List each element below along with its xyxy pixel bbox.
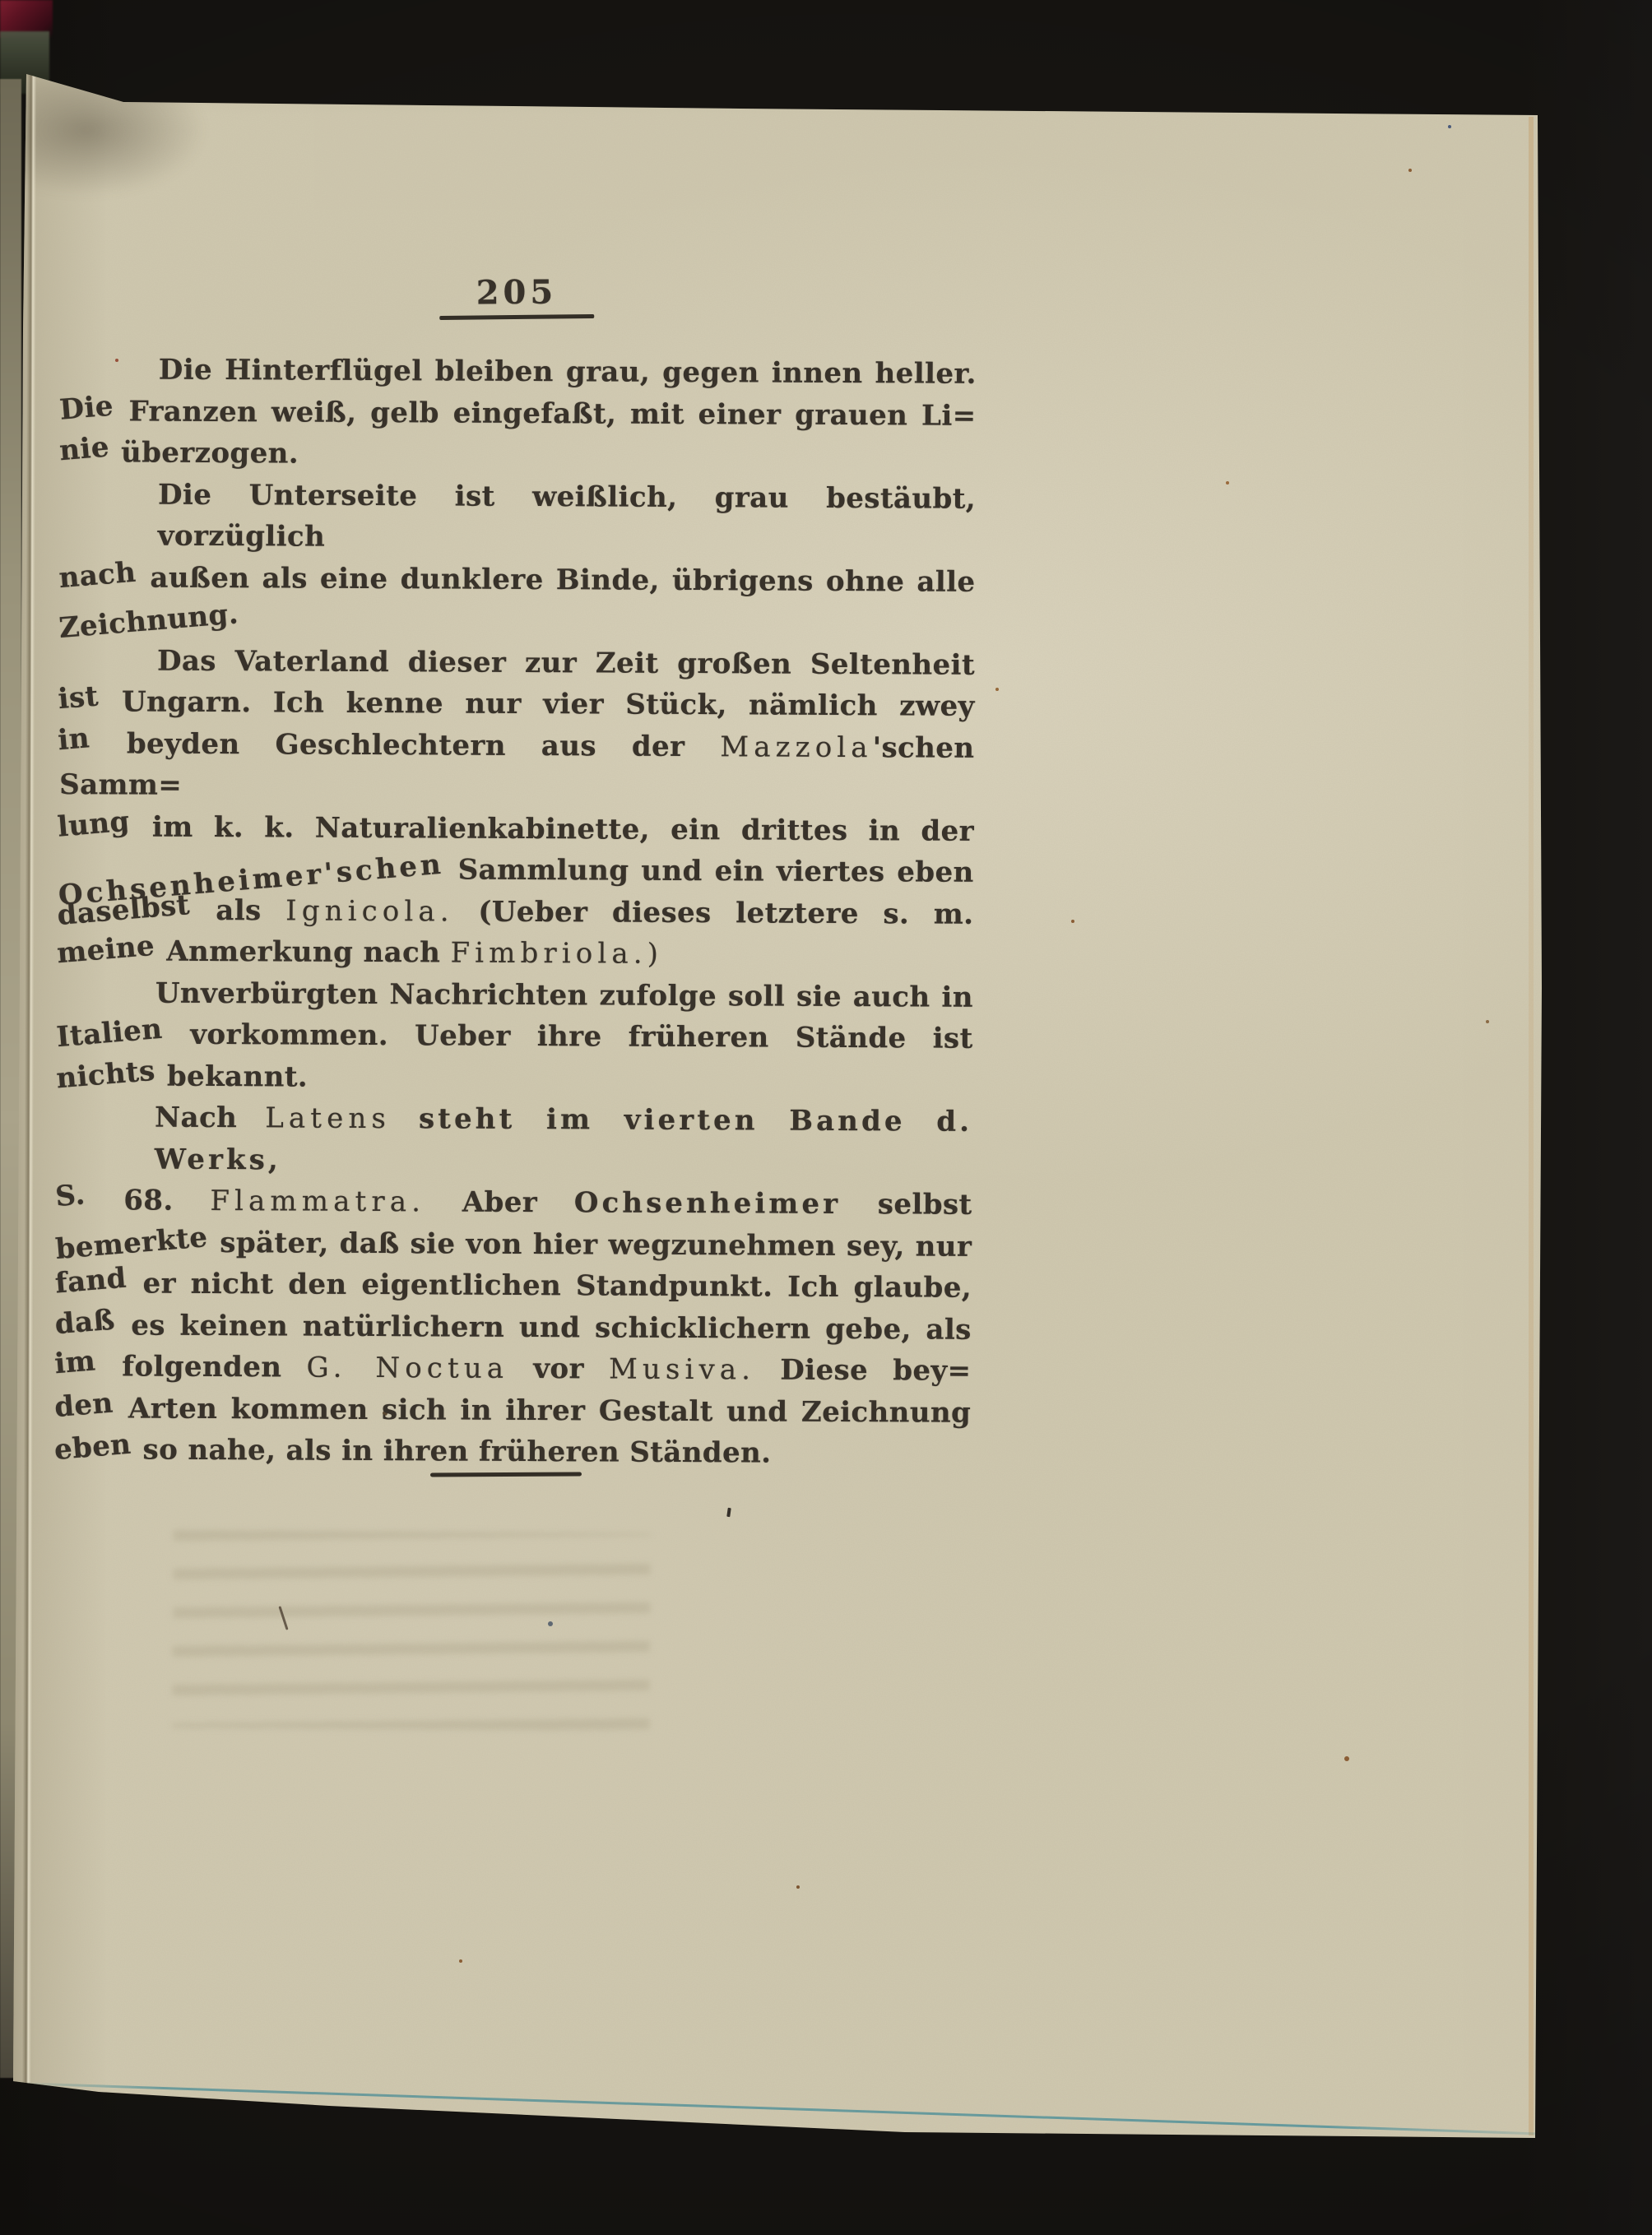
page-number: 205 bbox=[439, 276, 594, 310]
text-line: Italien vorkommen. Ueber ihre früheren S… bbox=[58, 1013, 973, 1060]
text-line: Die Unterseite ist weißlich, grau bestäu… bbox=[61, 473, 977, 561]
text-line: in beyden Geschlechtern aus der Mazzola'… bbox=[59, 722, 975, 810]
section-divider bbox=[430, 1472, 582, 1477]
page-header: 205 bbox=[439, 276, 595, 320]
ink-showthrough bbox=[172, 1530, 651, 1731]
text-line: eben so nahe, als in ihren früheren Stän… bbox=[56, 1429, 971, 1475]
text-line: lung im k. k. Naturalienkabinette, ein d… bbox=[59, 805, 974, 851]
text-block: Die Hinterflügel bleiben grau, gegen inn… bbox=[56, 349, 977, 1475]
text-line: nichts bekannt. bbox=[58, 1055, 972, 1101]
text-line: im folgenden G. Noctua vor Musiva. Diese… bbox=[56, 1346, 971, 1392]
text-line: nie überzogen. bbox=[61, 432, 976, 478]
text-line: Die Franzen weiß, gelb eingefaßt, mit ei… bbox=[61, 390, 976, 436]
text-line: Zeichnung. bbox=[60, 598, 975, 644]
book-page: 205 Die Hinterflügel bleiben grau, gegen… bbox=[0, 0, 1652, 2235]
fore-edge-highlight bbox=[1529, 117, 1534, 2135]
text-line: fand er nicht den eigentlichen Standpunk… bbox=[57, 1263, 972, 1309]
text-line: ist Ungarn. Ich kenne nur vier Stück, nä… bbox=[60, 681, 975, 727]
text-line: Ochsenheimer'schen Sammlung und ein vier… bbox=[59, 847, 974, 893]
text-line: meine Anmerkung nach Fimbriola.) bbox=[58, 930, 973, 976]
text-line: Nach Latens steht im vierten Bande d. We… bbox=[58, 1097, 973, 1185]
text-line: bemerkte später, daß sie von hier wegzun… bbox=[57, 1221, 972, 1267]
text-line: daß es keinen natürlichern und schicklic… bbox=[57, 1304, 972, 1350]
text-line: den Arten kommen sich in ihrer Gestalt u… bbox=[56, 1387, 971, 1433]
text-line: Unverbürgten Nachrichten zufolge soll si… bbox=[58, 971, 973, 1018]
text-line: Das Vaterland dieser zur Zeit großen Sel… bbox=[60, 639, 975, 685]
text-line: Die Hinterflügel bleiben grau, gegen inn… bbox=[62, 349, 977, 395]
